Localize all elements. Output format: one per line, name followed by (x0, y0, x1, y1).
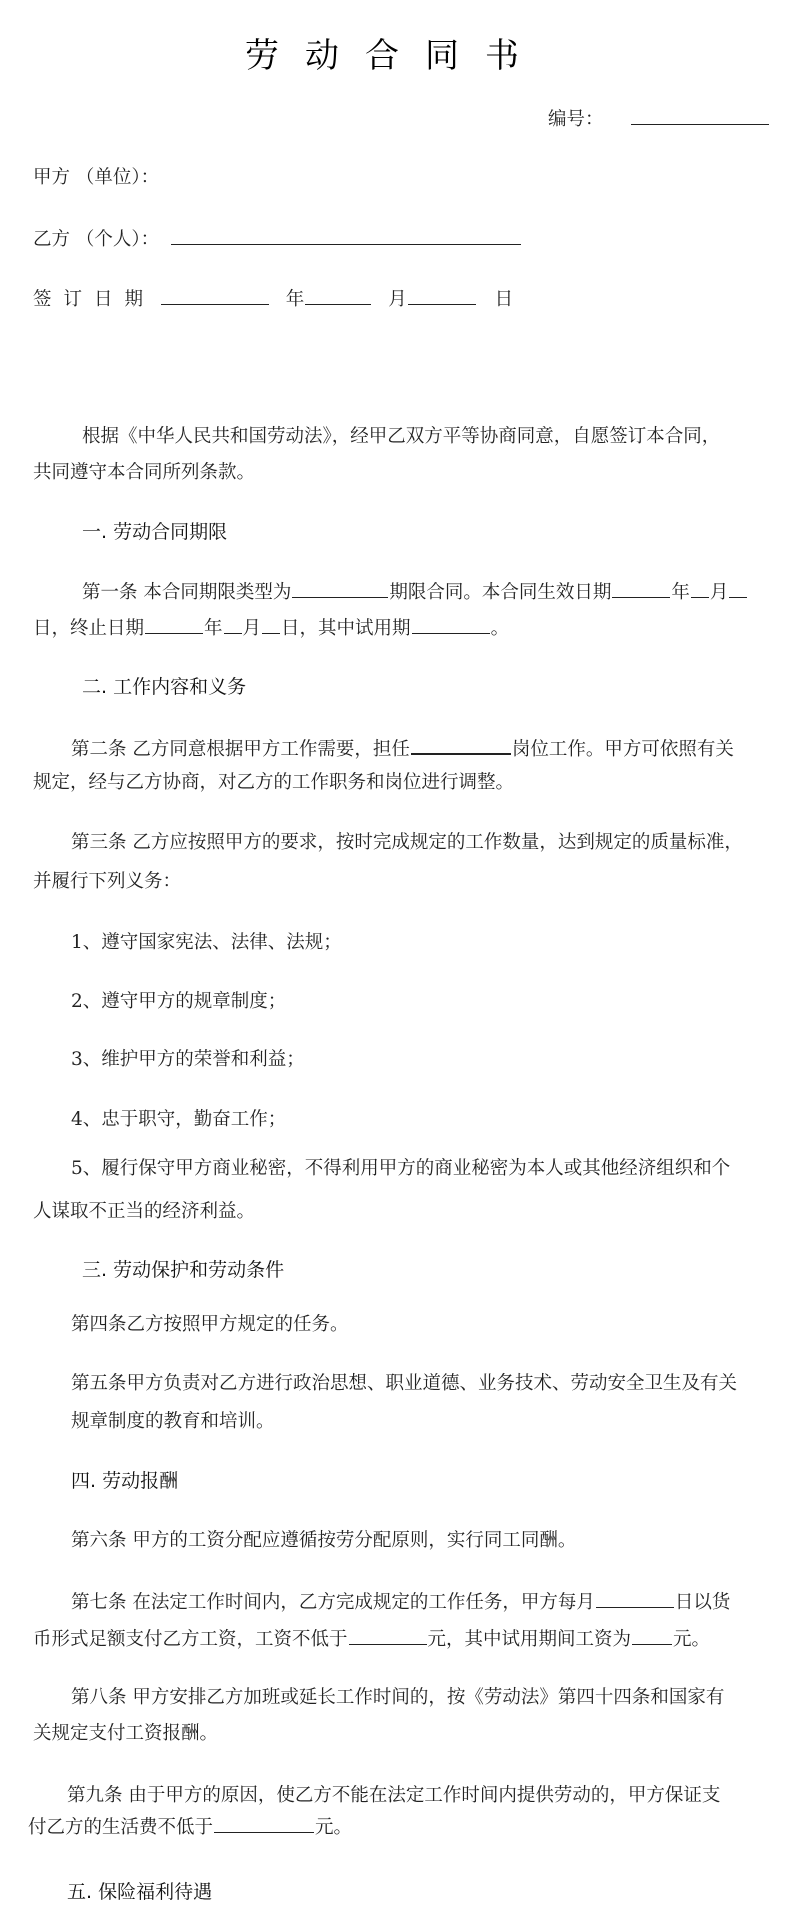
party-a-row: 甲方 （单位）： (33, 166, 159, 190)
article-2-line-1: 第二条 乙方同意根据甲方工作需要，担任岗位工作。甲方可依照有关 (71, 735, 734, 762)
article-7-text: 第七条 在法定工作时间内，乙方完成规定的工作任务，甲方每月 (71, 1592, 595, 1613)
duty-item-3: 3、维护甲方的荣誉和利益； (71, 1048, 305, 1072)
article-6: 第六条 甲方的工资分配应遵循按劳分配原则，实行同工同酬。 (71, 1529, 576, 1553)
duty-item-5-cont: 人谋取不正当的经济利益。 (33, 1200, 255, 1224)
duty-item-2: 2、遵守甲方的规章制度； (71, 990, 286, 1014)
end-year-field[interactable] (145, 615, 203, 634)
month-label: 月 (710, 582, 729, 603)
article-8-line-2: 关规定支付工资报酬。 (33, 1722, 218, 1746)
effective-month-field[interactable] (691, 579, 709, 598)
article-1-line-2: 日，终止日期年月日，其中试用期。 (33, 615, 509, 641)
article-5-line-2: 规章制度的教育和培训。 (71, 1410, 275, 1434)
year-label: 年 (286, 289, 305, 310)
article-9-line-2: 付乙方的生活费不低于元。 (28, 1814, 352, 1840)
effective-year-field[interactable] (612, 579, 670, 598)
min-wage-field[interactable] (349, 1626, 427, 1645)
end-day-field[interactable] (262, 615, 280, 634)
contract-number-label: 编号： (548, 109, 604, 130)
contract-number-row: 编号： (548, 106, 770, 132)
sign-month-field[interactable] (305, 286, 371, 305)
article-7-text: 币形式足额支付乙方工资，工资不低于 (33, 1629, 348, 1650)
article-9-text: 元。 (315, 1817, 352, 1838)
article-5-line-1: 第五条甲方负责对乙方进行政治思想、职业道德、业务技术、劳动安全卫生及有关 (71, 1372, 737, 1396)
year-label: 年 (671, 582, 690, 603)
article-2-text: 第二条 乙方同意根据甲方工作需要，担任 (71, 739, 410, 760)
probation-wage-field[interactable] (632, 1626, 672, 1645)
month-label: 月 (243, 618, 262, 639)
section-heading-5: 五. 保险福利待遇 (67, 1880, 212, 1904)
article-4: 第四条乙方按照甲方规定的任务。 (71, 1313, 349, 1337)
party-a-label: 甲方 （单位）： (33, 167, 159, 188)
article-8-line-1: 第八条 甲方安排乙方加班或延长工作时间的，按《劳动法》第四十四条和国家有 (71, 1686, 724, 1710)
duty-item-5: 5、履行保守甲方商业秘密，不得利用甲方的商业秘密为本人或其他经济组织和个 (71, 1157, 730, 1181)
living-allowance-field[interactable] (214, 1814, 314, 1833)
article-3-line-2: 并履行下列义务： (33, 870, 181, 894)
article-7-line-2: 币形式足额支付乙方工资，工资不低于元，其中试用期间工资为元。 (33, 1626, 710, 1652)
year-label: 年 (204, 618, 223, 639)
day-label: 日 (495, 289, 514, 310)
article-7-text: 元。 (673, 1629, 710, 1650)
article-1-line-1: 第一条 本合同期限类型为期限合同。本合同生效日期年月 (82, 579, 748, 605)
duty-item-1: 1、遵守国家宪法、法律、法规； (71, 931, 342, 955)
article-7-text: 元，其中试用期间工资为 (428, 1629, 632, 1650)
article-2-text: 岗位工作。甲方可依照有关 (512, 739, 734, 760)
article-7-line-1: 第七条 在法定工作时间内，乙方完成规定的工作任务，甲方每月日以货 (71, 1589, 730, 1615)
article-1-text: 第一条 本合同期限类型为 (82, 582, 291, 603)
article-1-text: 期限合同。本合同生效日期 (389, 582, 611, 603)
section-heading-2: 二. 工作内容和义务 (82, 675, 246, 699)
sign-day-field[interactable] (408, 286, 476, 305)
sign-date-label: 签订日期 (33, 289, 155, 310)
article-1-text: 日，其中试用期 (281, 618, 411, 639)
position-field[interactable] (411, 735, 511, 755)
party-b-field[interactable] (171, 226, 521, 245)
article-9-line-1: 第九条 由于甲方的原因，使乙方不能在法定工作时间内提供劳动的，甲方保证支 (67, 1784, 720, 1808)
duty-item-4: 4、忠于职守，勤奋工作； (71, 1108, 286, 1132)
section-heading-4: 四. 劳动报酬 (71, 1469, 178, 1493)
article-1-text: 。 (491, 618, 510, 639)
sign-date-row: 签订日期 年 月 日 (33, 286, 513, 312)
effective-day-field[interactable] (729, 579, 747, 598)
contract-type-field[interactable] (292, 579, 388, 598)
sign-year-field[interactable] (161, 286, 269, 305)
party-b-row: 乙方 （个人）： (33, 226, 522, 252)
article-7-text: 日以货 (675, 1592, 731, 1613)
article-1-text: 日，终止日期 (33, 618, 144, 639)
article-2-line-2: 规定，经与乙方协商，对乙方的工作职务和岗位进行调整。 (33, 771, 514, 795)
pay-day-field[interactable] (596, 1589, 674, 1608)
section-heading-1: 一. 劳动合同期限 (82, 520, 227, 544)
month-label: 月 (388, 289, 407, 310)
intro-line-2: 共同遵守本合同所列条款。 (33, 461, 255, 485)
document-title: 劳动合同书 (0, 28, 790, 77)
intro-line-1: 根据《中华人民共和国劳动法》，经甲乙双方平等协商同意，自愿签订本合同， (82, 425, 720, 449)
article-3-line-1: 第三条 乙方应按照甲方的要求，按时完成规定的工作数量，达到规定的质量标准， (71, 831, 743, 855)
probation-field[interactable] (412, 615, 490, 634)
contract-number-field[interactable] (631, 106, 769, 125)
section-heading-3: 三. 劳动保护和劳动条件 (82, 1258, 284, 1282)
party-b-label: 乙方 （个人）： (33, 229, 159, 250)
end-month-field[interactable] (224, 615, 242, 634)
article-9-text: 付乙方的生活费不低于 (28, 1817, 213, 1838)
